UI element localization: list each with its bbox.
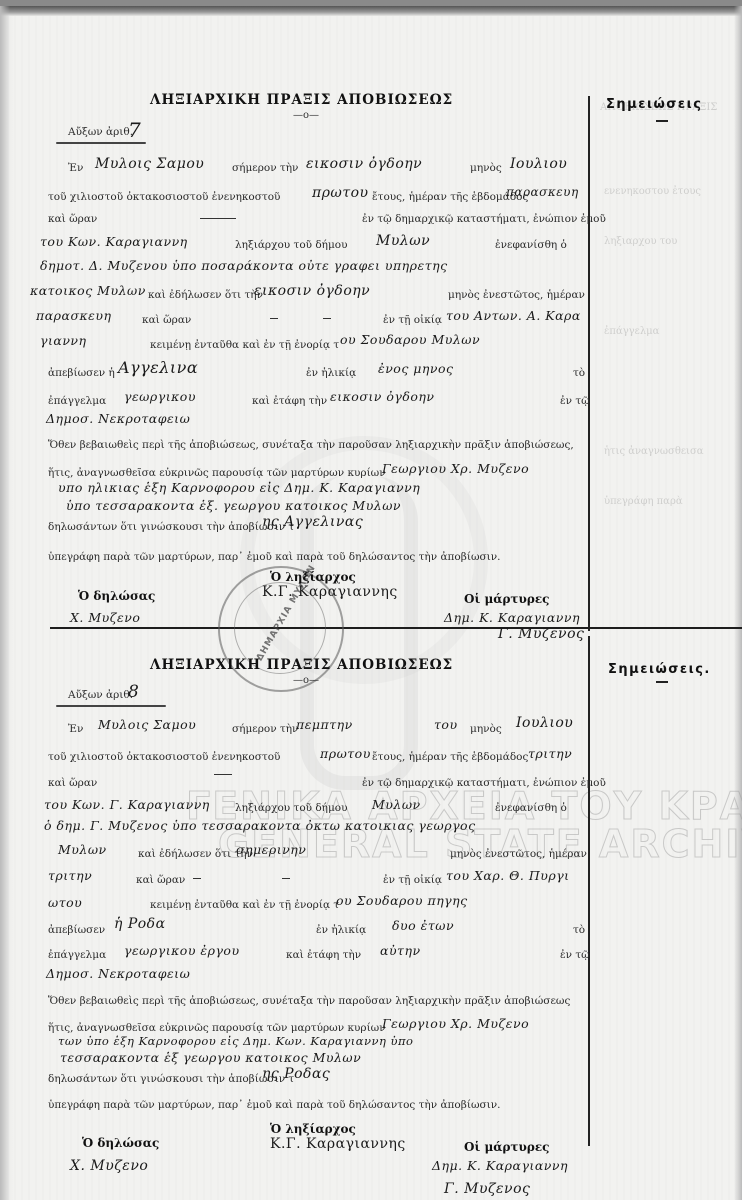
printed-text: ἐν τῷ δημαρχικῷ καταστήματι, ἐνώπιον ἐμο… <box>362 213 606 225</box>
printed-text: σήμερον τὴν <box>232 723 298 735</box>
serial-underline <box>56 705 166 707</box>
handwritten-registrar: του Κων. Καραγιαννη <box>40 234 188 249</box>
handwritten-deceased-name: ης Αγγελινας <box>262 514 363 530</box>
printed-text: ἀπεβίωσεν ἡ <box>48 367 115 379</box>
printed-text: καὶ ὥραν <box>136 874 185 886</box>
printed-text: ἔτους, ἡμέραν τῆς ἑβδομάδος <box>372 751 528 763</box>
handwritten-weekday: παρασκευη <box>506 185 579 199</box>
witness2-signature: Γ. Μυζενος <box>498 626 584 642</box>
serial-underline <box>56 142 146 144</box>
printed-text: ἐν τῇ οἰκίᾳ <box>383 874 442 886</box>
page-top-edge <box>0 6 742 16</box>
witnesses-label: Οἱ μάρτυρες <box>464 592 549 606</box>
printed-text: τὸ <box>573 367 585 379</box>
printed-text: δηλωσάντων ὅτι γινώσκουσι τὴν ἀποβίωσιν … <box>48 1073 294 1085</box>
handwritten-cemetery: Δημοσ. Νεκροταφειω <box>46 966 190 981</box>
registrar-signature: Κ.Γ. Καραγιαννης <box>270 1136 406 1152</box>
handwritten-place: Μυλοις Σαμου <box>98 717 196 732</box>
printed-text: ληξιάρχου τοῦ δήμου <box>235 239 348 251</box>
handwritten-declarant: δημοτ. Δ. Μυζενου ὑπο ποσαράκοντα οὐτε γ… <box>40 258 448 273</box>
blank-dash <box>193 878 201 879</box>
handwritten-parish: ου Σουδαρου πηγης <box>336 893 468 908</box>
handwritten-declarant: ὁ δημ. Γ. Μυζενος ὑπο τεσσαρακοντα ὀκτω … <box>44 818 476 833</box>
serial-label: Αὔξων ἀριθ. <box>68 126 133 138</box>
printed-text: ἐνεφανίσθη ὁ <box>495 802 567 814</box>
handwritten-witness2: ὑπο τεσσαρακοντα ἑξ. γεωργου κατοικος Μυ… <box>66 498 401 513</box>
printed-text: ἥτις, ἀναγνωσθεῖσα εὐκρινῶς παρουσίᾳ τῶν… <box>48 467 386 479</box>
printed-text: ληξιάρχου τοῦ δήμου <box>235 802 348 814</box>
handwritten-witness-details: υπο ηλικιας ἑξη Καρνοφορου εἰς Δημ. Κ. Κ… <box>58 480 420 495</box>
printed-text: τοῦ χιλιοστοῦ ὀκτακοσιοστοῦ ἐνενηκοστοῦ <box>48 751 280 763</box>
printed-text: ἐν τῷ <box>560 395 590 407</box>
printed-text: Ὅθεν βεβαιωθεὶς περὶ τῆς ἀποβιώσεως, συν… <box>48 439 574 451</box>
handwritten-year: πρωτου <box>320 746 371 761</box>
handwritten-age: ἐνος μηνος <box>378 361 454 376</box>
serial-label: Αὔξων ἀριθ. <box>68 689 133 701</box>
printed-text: μηνὸς <box>470 723 502 735</box>
witness2-signature: Γ. Μυζενος <box>444 1181 530 1197</box>
handwritten-occupation: γεωργικου ἐργου <box>124 943 240 958</box>
handwritten-burial-day: εικοσιν ὀγδοην <box>330 389 434 404</box>
printed-text: καὶ ὥραν <box>142 314 191 326</box>
handwritten-cemetery: Δημοσ. Νεκροταφειω <box>46 411 190 426</box>
printed-text: ἐπάγγελμα <box>48 395 106 407</box>
printed-text: τὸ <box>573 924 585 936</box>
handwritten-weekday: τριτην <box>528 746 572 761</box>
handwritten-registrar: του Κων. Γ. Καραγιαννη <box>44 797 210 812</box>
handwritten-residence: κατοικος Μυλων <box>30 283 146 298</box>
bleed-through-text: ἡτις ἀναγνωσθεισα <box>604 446 704 457</box>
printed-text: μηνὸς ἐνεστῶτος, ἡμέραν <box>448 289 585 301</box>
handwritten-occupation: γεωργικου <box>124 389 196 404</box>
handwritten-weekday: παρασκευη <box>36 308 111 323</box>
register-page: ΑΠΟΒΙΩΣΕΩΣ ΠΡΑΞΙΣ ενενηκοστου ἐτους ληξι… <box>0 6 742 1200</box>
left-shadow <box>0 6 10 1200</box>
handwritten-residence: Μυλων <box>58 842 107 857</box>
handwritten-death-day: σημερινην <box>236 842 306 857</box>
printed-text: ἀπεβίωσεν <box>48 924 105 936</box>
notes-column-divider <box>588 96 590 631</box>
handwritten-death-day: εικοσιν ὀγδοην <box>254 283 370 299</box>
record-separator <box>50 627 742 629</box>
handwritten-weekday: τριτην <box>48 868 92 883</box>
notes-dash <box>656 120 668 122</box>
printed-text: ἐνεφανίσθη ὁ <box>495 239 567 251</box>
printed-text: καὶ ἐτάφη τὴν <box>286 949 361 961</box>
printed-text: μηνὸς ἐνεστῶτος, ἡμέραν <box>450 848 587 860</box>
printed-text: Ἐν <box>68 162 83 174</box>
handwritten-deceased-name: ἡ Ροδα <box>114 916 166 932</box>
printed-text: καὶ ὥραν <box>48 777 97 789</box>
printed-text: ἔτους, ἡμέραν τῆς ἑβδομάδος <box>372 191 528 203</box>
notes-column-title: Σημειώσεις. <box>608 662 711 677</box>
record-heading: ΛΗΞΙΑΡΧΙΚΗ ΠΡΑΞΙΣ ΑΠΟΒΙΩΣΕΩΣ <box>150 92 453 108</box>
handwritten-deceased-name: ης Ροδας <box>262 1066 330 1082</box>
printed-text: ἥτις, ἀναγνωσθεῖσα εὐκρινῶς παρουσίᾳ τῶν… <box>48 1022 386 1034</box>
handwritten-municipality: Μυλων <box>372 797 421 812</box>
witness1-signature: Δημ. Κ. Καραγιαννη <box>444 610 580 625</box>
right-shadow <box>734 6 742 1200</box>
handwritten-age: δυο ἐτων <box>392 918 454 933</box>
blank-dash <box>270 318 278 319</box>
handwritten-deceased-name: Αγγελινα <box>118 358 198 377</box>
printed-text: ἐν τῇ οἰκίᾳ <box>383 314 442 326</box>
notes-column-title: Σημειώσεις <box>606 97 702 112</box>
registrar-label: Ὁ ληξίαρχος <box>270 570 356 584</box>
handwritten-month: Ιουλιου <box>510 156 567 172</box>
handwritten-witness1: Γεωργιου Χρ. Μυζενο <box>382 1016 529 1031</box>
printed-text: καὶ ὥραν <box>48 213 97 225</box>
handwritten-year: πρωτου <box>312 185 369 201</box>
witnesses-label: Οἱ μάρτυρες <box>464 1140 549 1154</box>
heading-ornament: —o— <box>293 110 319 121</box>
handwritten-article: του <box>434 717 458 732</box>
notes-column-divider <box>588 636 590 1146</box>
printed-text: ἐπάγγελμα <box>48 949 106 961</box>
handwritten-burial-day: αὐτην <box>380 943 421 958</box>
printed-text: μηνὸς <box>470 162 502 174</box>
declarant-signature: Χ. Μυζενο <box>70 610 140 625</box>
heading-ornament: —o— <box>293 675 319 686</box>
bleed-through-text: ἐπάγγελμα <box>604 326 659 337</box>
serial-number: 7 <box>128 118 141 142</box>
declarant-label: Ὁ δηλώσας <box>82 1136 159 1150</box>
printed-text: ἐν ἡλικίᾳ <box>316 924 366 936</box>
blank-dash <box>214 774 232 775</box>
declarant-label: Ὁ δηλώσας <box>78 589 155 603</box>
declarant-signature: Χ. Μυζενο <box>70 1158 148 1174</box>
printed-text: ἐν τῷ <box>560 949 590 961</box>
blank-dash <box>323 318 331 319</box>
printed-text: κειμένῃ ἐνταῦθα καὶ ἐν τῇ ἐνορίᾳ τ <box>150 339 339 351</box>
handwritten-place: Μυλοις Σαμου <box>95 156 204 172</box>
printed-text: καὶ ἐδήλωσεν ὅτι τὴν <box>148 289 263 301</box>
bleed-through-text: ὑπεγράφη παρὰ <box>604 496 683 507</box>
handwritten-house: του Αντων. Α. Καρα <box>446 308 581 323</box>
handwritten-parish: ου Σουδαρου Μυλων <box>340 332 480 347</box>
printed-text: σήμερον τὴν <box>232 162 298 174</box>
handwritten-day: πεμπτην <box>296 717 353 732</box>
handwritten-house-cont: γιαννη <box>40 333 87 348</box>
printed-text: ἐν ἡλικίᾳ <box>306 367 356 379</box>
registrar-label: Ὁ ληξίαρχος <box>270 1122 356 1136</box>
handwritten-house: του Χαρ. Θ. Πυργι <box>446 868 570 883</box>
witness1-signature: Δημ. Κ. Καραγιαννη <box>432 1158 568 1173</box>
handwritten-municipality: Μυλων <box>376 233 430 249</box>
handwritten-day: εικοσιν ὀγδοην <box>306 156 422 172</box>
handwritten-house-cont: ωτου <box>48 895 82 910</box>
printed-text: Ὅθεν βεβαιωθεὶς περὶ τῆς ἀποβιώσεως, συν… <box>48 995 570 1007</box>
registrar-signature: Κ.Γ. Καραγιαννης <box>262 584 398 600</box>
bleed-through-text: ληξιαρχου του <box>604 236 677 247</box>
printed-text: τοῦ χιλιοστοῦ ὀκτακοσιοστοῦ ἐνενηκοστοῦ <box>48 191 280 203</box>
notes-dash <box>656 681 668 683</box>
blank-dash <box>200 218 236 219</box>
printed-text: κειμένῃ ἐνταῦθα καὶ ἐν τῇ ἐνορίᾳ τ <box>150 899 339 911</box>
handwritten-witness2: τεσσαρακοντα ἑξ γεωργου κατοικος Μυλων <box>60 1050 361 1065</box>
printed-text: καὶ ἐτάφη τὴν <box>252 395 327 407</box>
printed-text: ἐν τῷ δημαρχικῷ καταστήματι, ἐνώπιον ἐμο… <box>362 777 606 789</box>
handwritten-witness1: Γεωργιου Χρ. Μυζενο <box>382 461 529 476</box>
handwritten-month: Ιουλιου <box>516 715 573 731</box>
printed-text: Ἐν <box>68 723 83 735</box>
blank-dash <box>282 878 290 879</box>
printed-text: ὑπεγράφη παρὰ τῶν μαρτύρων, παρ᾽ ἐμοῦ κα… <box>48 1099 501 1111</box>
printed-text: δηλωσάντων ὅτι γινώσκουσι τὴν ἀποβίωσιν … <box>48 521 294 533</box>
serial-number: 8 <box>128 682 139 702</box>
bleed-through-text: ενενηκοστου ἐτους <box>604 186 701 197</box>
printed-text: ὑπεγράφη παρὰ τῶν μαρτύρων, παρ᾽ ἐμοῦ κα… <box>48 551 501 563</box>
record-heading: ΛΗΞΙΑΡΧΙΚΗ ΠΡΑΞΙΣ ΑΠΟΒΙΩΣΕΩΣ <box>150 657 453 673</box>
handwritten-witness-details: των ὑπο ἑξη Καρνοφορου εἰς Δημ. Κων. Καρ… <box>58 1034 413 1048</box>
